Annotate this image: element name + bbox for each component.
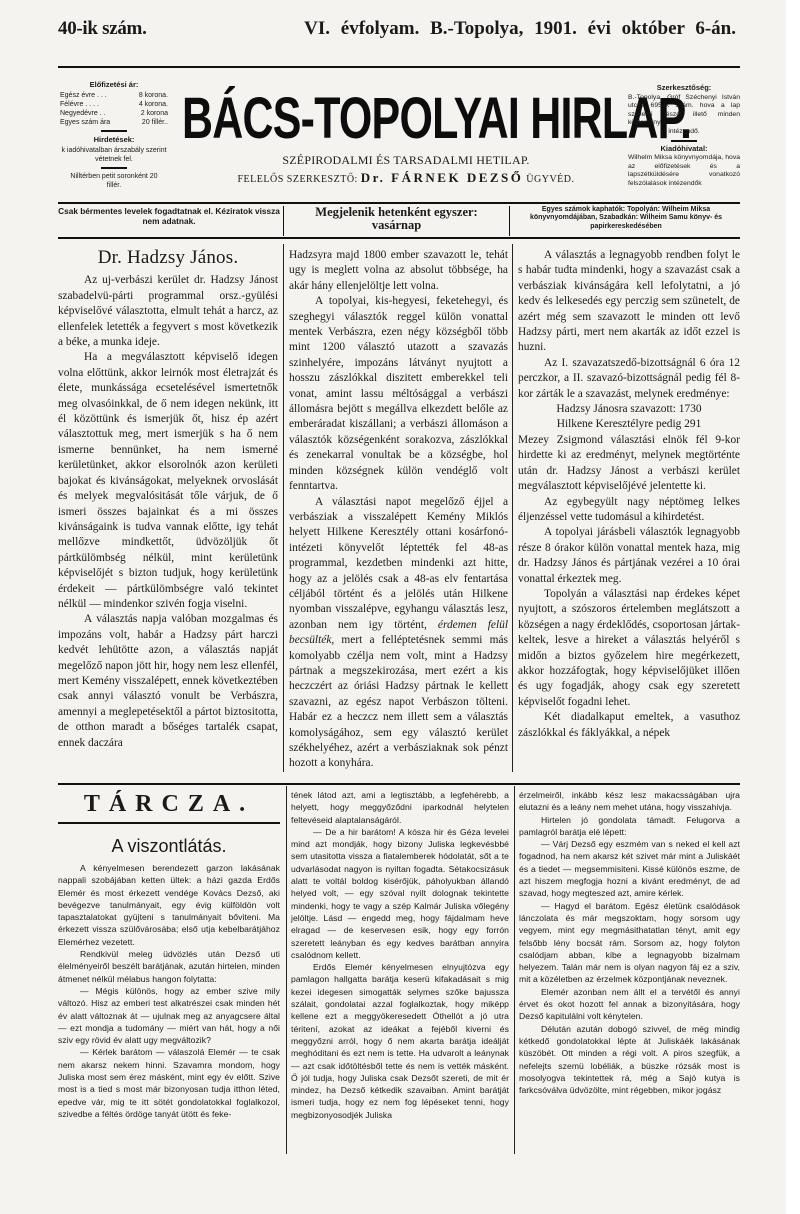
price-label: Negyedévre . . bbox=[60, 109, 106, 118]
paragraph: Két diadalkaput emeltek, a vasuthoz zász… bbox=[518, 710, 740, 741]
price-row: Egész évre . . . 8 korona. bbox=[58, 91, 170, 100]
masthead-bottom-rule bbox=[58, 202, 740, 204]
issue-number: 40-ik szám. bbox=[58, 18, 147, 40]
newspaper-subtitle: SZÉPIRODALMI ÉS TARSADALMI HETILAP. bbox=[186, 153, 626, 168]
paragraph: Az egybegyült nagy néptömeg lelkes éljen… bbox=[518, 495, 740, 526]
ads-text: k iadóhivatalban árszabály szerint vétet… bbox=[58, 146, 170, 164]
notice-publication: Megjelenik hetenként egyszer: vasárnap bbox=[283, 206, 510, 236]
column-divider bbox=[512, 244, 513, 772]
paragraph-text: mert a felléptetésnek semmi más komolyab… bbox=[289, 634, 508, 769]
publication-day: vasárnap bbox=[284, 219, 509, 232]
paragraph: A kényelmesen berendezett garzon lakásán… bbox=[58, 862, 280, 948]
price-row: Félévre . . . . 4 korona. bbox=[58, 100, 170, 109]
editorial-heading: Szerkesztőség: bbox=[628, 84, 740, 93]
vote-result-hadzsy: Hadzsy Jánosra szavazott: 1730 bbox=[518, 402, 740, 417]
publisher-text: Wilhelm Miksa könyvnyomdája, hova az elő… bbox=[628, 154, 740, 188]
paragraph: Az I. szavazatszedő-bizottságnál 6 óra 1… bbox=[518, 356, 740, 402]
paragraph: — Hagyd el barátom. Egész életünk csalód… bbox=[519, 900, 740, 986]
article-title: Dr. Hadzsy János. bbox=[58, 250, 278, 265]
scan-margin bbox=[786, 0, 800, 1214]
notice-sales: Egyes számok kaphatók: Topolyán: Wilheim… bbox=[512, 206, 740, 236]
vote-result-hilkene: Hilkene Keresztélyre pedig 291 bbox=[518, 417, 740, 432]
paragraph: — Kérlek barátom — válaszolá Elemér — te… bbox=[58, 1046, 280, 1120]
publisher-heading: Kiadóhivatal: bbox=[628, 145, 740, 154]
article-column-2: Hadzsyra majd 1800 ember szavazott le, t… bbox=[289, 248, 508, 772]
paragraph: A választás a legnagyobb rendben folyt l… bbox=[518, 248, 740, 356]
price-value: 20 fillér.. bbox=[142, 118, 168, 127]
newspaper-page: 40-ik szám. VI. évfolyam. B.-Topolya, 19… bbox=[0, 0, 800, 1214]
newspaper-title: BÁCS-TOPOLYAI HIRLAP. bbox=[182, 88, 515, 150]
price-label: Egész évre . . . bbox=[60, 91, 107, 100]
paragraph: A választási napot megelőző éjjel a verb… bbox=[289, 495, 508, 772]
paragraph: Elemér azonban nem állt el a tervétől és… bbox=[519, 986, 740, 1023]
price-label: Egyes szám ára bbox=[60, 118, 110, 127]
feuilleton-section-title: TÁRCZA. bbox=[58, 789, 280, 819]
price-row: Negyedévre . . 2 korona bbox=[58, 109, 170, 118]
article-column-1: Dr. Hadzsy János. Az uj-verbászi kerület… bbox=[58, 244, 278, 751]
divider bbox=[671, 140, 697, 142]
dateline: VI. évfolyam. B.-Topolya, 1901. évi októ… bbox=[304, 18, 736, 40]
niltter-text: Nilltérben petit soronként 20 fillér. bbox=[58, 172, 170, 190]
paragraph: — Mégis különös, hogy az ember szive mil… bbox=[58, 985, 280, 1046]
notices-bottom-rule bbox=[58, 237, 740, 239]
paragraph: érzelmeiről, inkább kész lesz makacsságá… bbox=[519, 789, 740, 814]
notice-manuscripts: Csak bérmentes levelek fogadtatnak el. K… bbox=[58, 206, 280, 236]
price-value: 8 korona. bbox=[139, 91, 168, 100]
editorial-text: B.-Topolya, Gróf Széchenyi István utcza … bbox=[628, 94, 740, 128]
column-divider bbox=[286, 786, 287, 1154]
paragraph: — Várj Dezső egy eszmém van s neked el k… bbox=[519, 838, 740, 899]
issue-header: 40-ik szám. VI. évfolyam. B.-Topolya, 19… bbox=[58, 18, 736, 42]
price-value: 4 korona. bbox=[139, 100, 168, 109]
paragraph: Az uj-verbászi kerület dr. Hadzsy Jánost… bbox=[58, 273, 278, 350]
paragraph: Rendkivül meleg üdvözlés után Dezső uti … bbox=[58, 948, 280, 985]
editor-prefix: FELELŐS SZERKESZTŐ: bbox=[238, 174, 358, 185]
subscription-box: Előfizetési ár: Egész évre . . . 8 koron… bbox=[58, 80, 170, 190]
article-column-3: A választás a legnagyobb rendben folyt l… bbox=[518, 248, 740, 741]
ads-heading: Hirdetések: bbox=[58, 135, 170, 144]
column-divider bbox=[514, 786, 515, 1154]
paragraph: — De a hir barátom! A kósza hir és Géza … bbox=[291, 826, 509, 961]
feuilleton-column-1: A kényelmesen berendezett garzon lakásán… bbox=[58, 862, 280, 1120]
divider bbox=[101, 167, 127, 169]
divider bbox=[101, 130, 127, 132]
paragraph: Hirtelen jó gondolata támadt. Felugorva … bbox=[519, 814, 740, 839]
editorial-text-end: intézendő. bbox=[628, 128, 740, 137]
paragraph: A topolyai járásbeli választók legnagyob… bbox=[518, 525, 740, 587]
column-divider bbox=[283, 244, 284, 772]
feuilleton-column-3: érzelmeiről, inkább kész lesz makacsságá… bbox=[519, 789, 740, 1096]
subscription-heading: Előfizetési ár: bbox=[58, 80, 170, 89]
story-title: A viszontlátás. bbox=[58, 836, 280, 857]
price-value: 2 korona bbox=[141, 109, 168, 118]
paragraph: tének látod azt, ami a legtisztább, a le… bbox=[291, 789, 509, 826]
paragraph: Ha a megválasztott képviselő idegen voln… bbox=[58, 350, 278, 612]
paragraph: Mezey Zsigmond választási elnök fél 9-ko… bbox=[518, 433, 740, 495]
paragraph: Erdős Elemér kényelmesen elnyujtózva egy… bbox=[291, 961, 509, 1121]
header-rule bbox=[58, 66, 740, 68]
editorial-office-box: Szerkesztőség: B.-Topolya, Gróf Szécheny… bbox=[628, 84, 740, 189]
paragraph: Topolyán a választási nap érdekes képet … bbox=[518, 587, 740, 710]
editor-line: FELELŐS SZERKESZTŐ: Dr. FÁRNEK DEZSŐ ÜGY… bbox=[182, 170, 630, 186]
feuilleton-title-rule bbox=[58, 822, 280, 824]
paragraph: A választás napja valóban mozgalmas és i… bbox=[58, 612, 278, 751]
paragraph-text: A választási napot megelőző éjjel a verb… bbox=[289, 496, 508, 631]
paragraph: Délután azután dobogó szivvel, de még mi… bbox=[519, 1023, 740, 1097]
feuilleton-rule bbox=[58, 783, 740, 785]
paragraph: A topolyai, kis-hegyesi, feketehegyi, és… bbox=[289, 294, 508, 494]
price-label: Félévre . . . . bbox=[60, 100, 99, 109]
editor-suffix: ÜGYVÉD. bbox=[526, 174, 574, 185]
editor-name: Dr. FÁRNEK DEZSŐ bbox=[361, 170, 524, 185]
paragraph: Hadzsyra majd 1800 ember szavazott le, t… bbox=[289, 248, 508, 294]
price-row: Egyes szám ára 20 fillér.. bbox=[58, 118, 170, 127]
feuilleton-column-2: tének látod azt, ami a legtisztább, a le… bbox=[291, 789, 509, 1121]
